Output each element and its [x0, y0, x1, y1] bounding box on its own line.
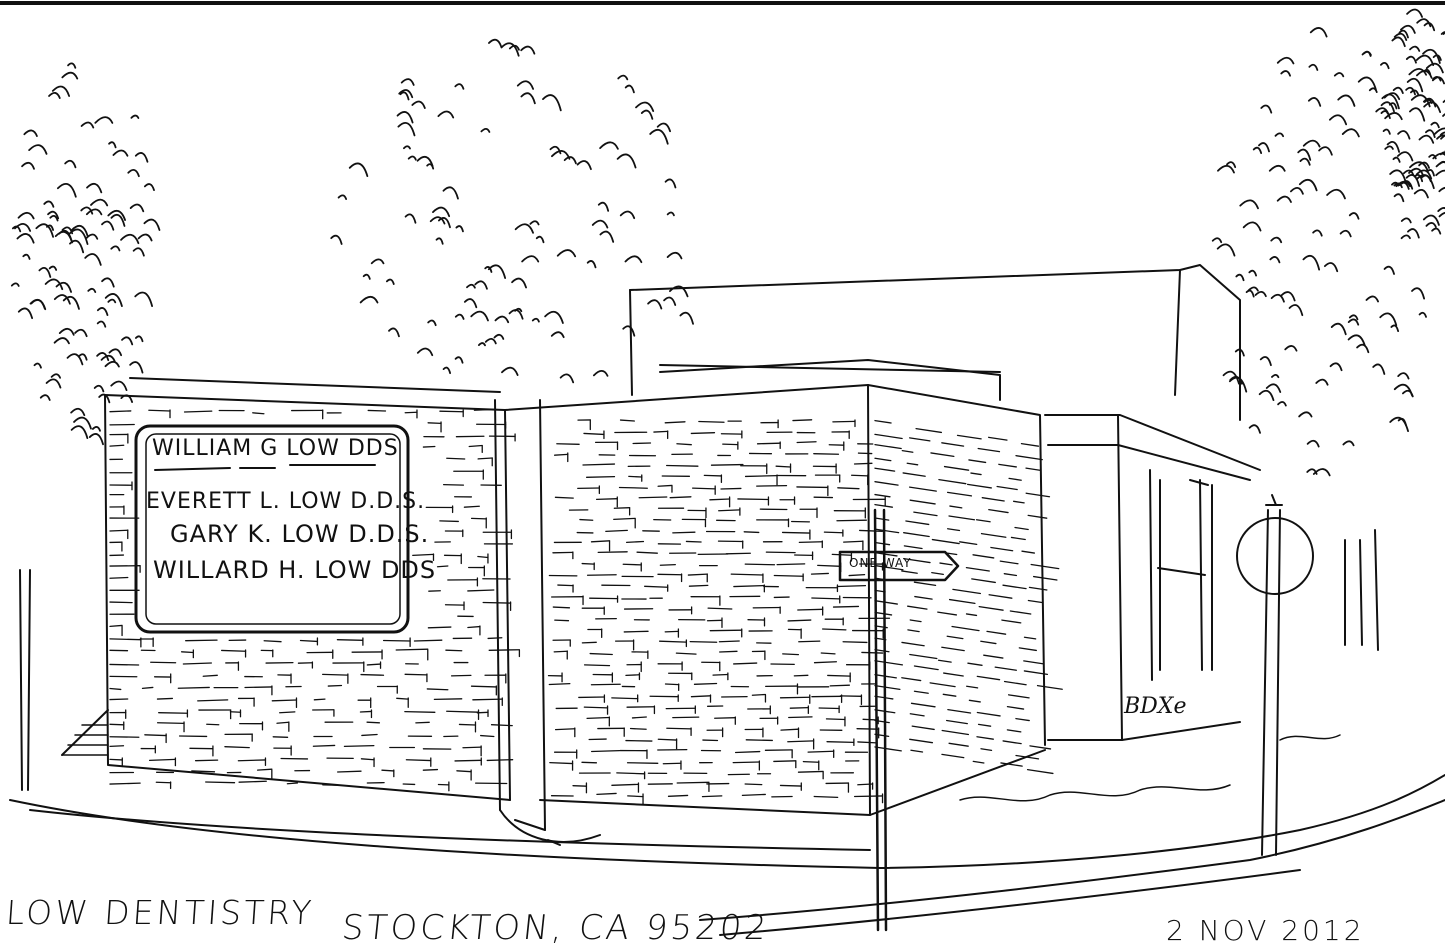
round-street-sign — [1237, 495, 1313, 855]
tree-left — [20, 570, 30, 790]
sign-line-everett: EVERETT L. LOW D.D.S. — [146, 489, 425, 514]
caption-location: STOCKTON, CA 95202 — [340, 908, 771, 948]
right-wing — [1045, 415, 1378, 740]
steps — [62, 725, 108, 755]
caption-date: 2 NOV 2012 — [1166, 914, 1365, 947]
building-sketch — [0, 0, 1445, 951]
one-way-sign-text: ONE WAY — [849, 556, 912, 570]
caption-title: LOW DENTISTRY — [5, 893, 316, 932]
tree-foliage — [12, 10, 1445, 476]
tree-center — [495, 400, 600, 845]
sign-line-willard: WILLARD H. LOW DDS — [153, 556, 436, 584]
center-brick-wall — [505, 360, 1045, 815]
sign-line-william: WILLIAM G LOW DDS — [152, 436, 399, 461]
graffiti-tag: BDXe — [1124, 694, 1187, 719]
shrubs — [960, 735, 1340, 801]
sign-line-gary: GARY K. LOW D.D.S. — [170, 520, 429, 548]
